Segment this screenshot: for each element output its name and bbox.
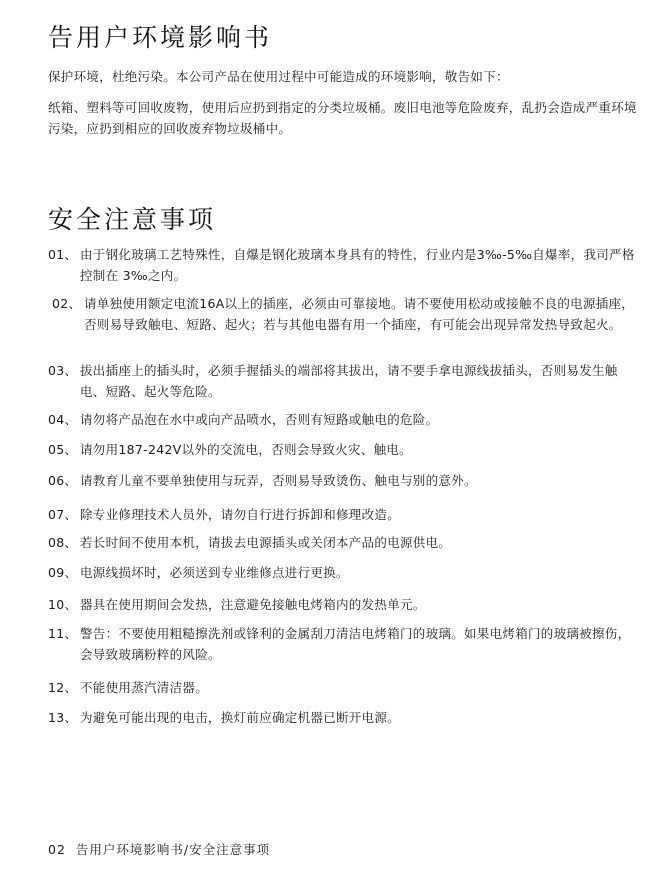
- safety-item-10: 10、 器具在使用期间会发热，注意避免接触电烤箱内的发热单元。: [48, 594, 638, 615]
- item-text: 为避免可能出现的电击，换灯前应确定机器已断开电源。: [80, 707, 638, 728]
- item-number: 11、: [48, 623, 80, 665]
- safety-item-12: 12、 不能使用蒸汽清洁器。: [48, 677, 638, 698]
- item-text: 由于钢化玻璃工艺特殊性，自爆是钢化玻璃本身具有的特性，行业内是3‰-5‰自爆率，…: [80, 244, 638, 286]
- item-number: 13、: [48, 707, 80, 728]
- item-text: 器具在使用期间会发热，注意避免接触电烤箱内的发热单元。: [80, 594, 638, 615]
- item-text: 不能使用蒸汽清洁器。: [80, 677, 638, 698]
- item-text: 请勿将产品泡在水中或向产品喷水，否则有短路或触电的危险。: [80, 409, 638, 430]
- safety-item-04: 04、 请勿将产品泡在水中或向产品喷水，否则有短路或触电的危险。: [48, 409, 638, 430]
- safety-item-01: 01、 由于钢化玻璃工艺特殊性，自爆是钢化玻璃本身具有的特性，行业内是3‰-5‰…: [48, 244, 638, 286]
- item-text: 请教育儿童不要单独使用与玩弄，否则易导致烫伤、触电与别的意外。: [80, 470, 638, 491]
- item-text: 除专业修理技术人员外，请勿自行进行拆卸和修理改造。: [80, 504, 638, 525]
- safety-item-05: 05、 请勿用187-242V以外的交流电，否则会导致火灾、触电。: [48, 439, 638, 460]
- item-number: 06、: [48, 470, 80, 491]
- item-text: 警告：不要使用粗糙擦洗剂或锋利的金属刮刀清洁电烤箱门的玻璃。如果电烤箱门的玻璃被…: [80, 623, 638, 665]
- safety-item-07: 07、 除专业修理技术人员外，请勿自行进行拆卸和修理改造。: [48, 504, 638, 525]
- safety-item-08: 08、 若长时间不使用本机，请拔去电源插头或关闭本产品的电源供电。: [48, 532, 638, 553]
- safety-item-06: 06、 请教育儿童不要单独使用与玩弄，否则易导致烫伤、触电与别的意外。: [48, 470, 638, 491]
- safety-item-02: 02、 请单独使用额定电流16A以上的插座，必须由可靠接地。请不要使用松动或接触…: [52, 293, 642, 335]
- safety-item-13: 13、 为避免可能出现的电击，换灯前应确定机器已断开电源。: [48, 707, 638, 728]
- item-text: 请单独使用额定电流16A以上的插座，必须由可靠接地。请不要使用松动或接触不良的电…: [84, 293, 642, 335]
- environment-intro: 保护环境，杜绝污染。本公司产品在使用过程中可能造成的环境影响，敬告如下：: [48, 66, 638, 87]
- safety-title: 安全注意事项: [48, 200, 216, 236]
- item-text: 请勿用187-242V以外的交流电，否则会导致火灾、触电。: [80, 439, 638, 460]
- environment-body: 纸箱、塑料等可回收废物，使用后应扔到指定的分类垃圾桶。废旧电池等危险废弃，乱扔会…: [48, 97, 638, 139]
- item-text: 电源线损坏时，必须送到专业维修点进行更换。: [80, 562, 638, 583]
- footer-section-title: 告用户环境影响书/安全注意事项: [76, 842, 270, 857]
- item-number: 01、: [48, 244, 80, 286]
- safety-item-03: 03、 拔出插座上的插头时，必须手握插头的端部将其拔出，请不要手拿电源线拔插头，…: [48, 360, 638, 402]
- safety-item-11: 11、 警告：不要使用粗糙擦洗剂或锋利的金属刮刀清洁电烤箱门的玻璃。如果电烤箱门…: [48, 623, 638, 665]
- item-text: 若长时间不使用本机，请拔去电源插头或关闭本产品的电源供电。: [80, 532, 638, 553]
- item-number: 04、: [48, 409, 80, 430]
- item-number: 10、: [48, 594, 80, 615]
- item-number: 09、: [48, 562, 80, 583]
- item-number: 03、: [48, 360, 80, 402]
- item-text: 拔出插座上的插头时，必须手握插头的端部将其拔出，请不要手拿电源线拔插头，否则易发…: [80, 360, 638, 402]
- item-number: 05、: [48, 439, 80, 460]
- page-number: 02: [48, 842, 66, 857]
- item-number: 07、: [48, 504, 80, 525]
- item-number: 12、: [48, 677, 80, 698]
- item-number: 02、: [52, 293, 84, 335]
- page-footer: 02 告用户环境影响书/安全注意事项: [48, 840, 270, 858]
- environment-title: 告用户环境影响书: [48, 18, 272, 54]
- safety-item-09: 09、 电源线损坏时，必须送到专业维修点进行更换。: [48, 562, 638, 583]
- item-number: 08、: [48, 532, 80, 553]
